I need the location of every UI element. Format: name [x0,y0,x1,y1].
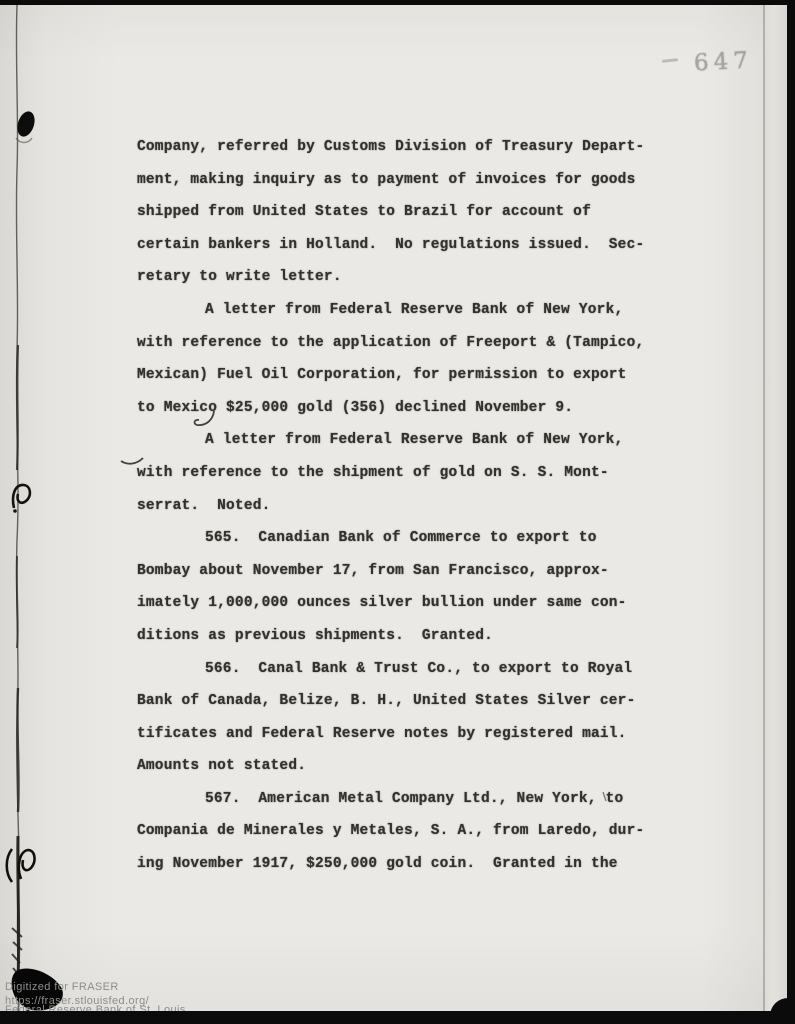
text-line: serrat. Noted. [137,490,697,523]
text-line: Bank of Canada, Belize, B. H., United St… [137,685,697,718]
typewritten-text-block: Company, referred by Customs Division of… [137,131,697,881]
text-line: to Mexico $25,000 gold (356) declined No… [137,392,697,425]
binding-crease-line [16,5,18,1014]
scan-edge-bottom [0,1011,795,1024]
right-page-edge-line [763,0,765,1024]
page-number-dash [662,58,678,63]
text-line: 567. American Metal Company Ltd., New Yo… [137,783,697,816]
binding-hole-bottom-left [7,849,12,882]
text-line: 566. Canal Bank & Trust Co., to export t… [137,653,697,686]
text-line: ing November 1917, $250,000 gold coin. G… [137,848,697,881]
scan-edge-right [787,0,795,1024]
page-number-stamp: 647 [693,47,753,76]
watermark-line-1: Digitized for FRASER [5,981,119,993]
binding-hole-top [14,109,37,139]
text-line: certain bankers in Holland. No regulatio… [137,229,697,262]
text-line: Compania de Minerales y Metales, S. A., … [137,815,697,848]
right-page-edge-strip [765,0,787,1024]
text-line: ditions as previous shipments. Granted. [137,620,697,653]
scanned-document-page: 647 Company, referred by Customs Divisio… [0,0,795,1024]
text-line: with reference to the shipment of gold o… [137,457,697,490]
text-line: ment, making inquiry as to payment of in… [137,164,697,197]
text-line: tificates and Federal Reserve notes by r… [137,718,697,751]
text-line: Amounts not stated. [137,750,697,783]
text-line: imately 1,000,000 ounces silver bullion … [137,587,697,620]
text-line: shipped from United States to Brazil for… [137,196,697,229]
binding-hole-bottom-right [19,850,35,879]
text-line: with reference to the application of Fre… [137,327,697,360]
text-line: A letter from Federal Reserve Bank of Ne… [137,424,697,457]
scan-edge-top [0,0,795,5]
watermark-line-2: https://fraser.stlouisfed.org/ [5,995,149,1007]
text-line: Company, referred by Customs Division of… [137,131,697,164]
text-line: retary to write letter. [137,261,697,294]
text-line: A letter from Federal Reserve Bank of Ne… [137,294,697,327]
ink-blob [12,969,63,1011]
text-line: Mexican) Fuel Oil Corporation, for permi… [137,359,697,392]
text-line: 565. Canadian Bank of Commerce to export… [137,522,697,555]
text-line: Bombay about November 17, from San Franc… [137,555,697,588]
binding-hole-middle [13,485,30,508]
